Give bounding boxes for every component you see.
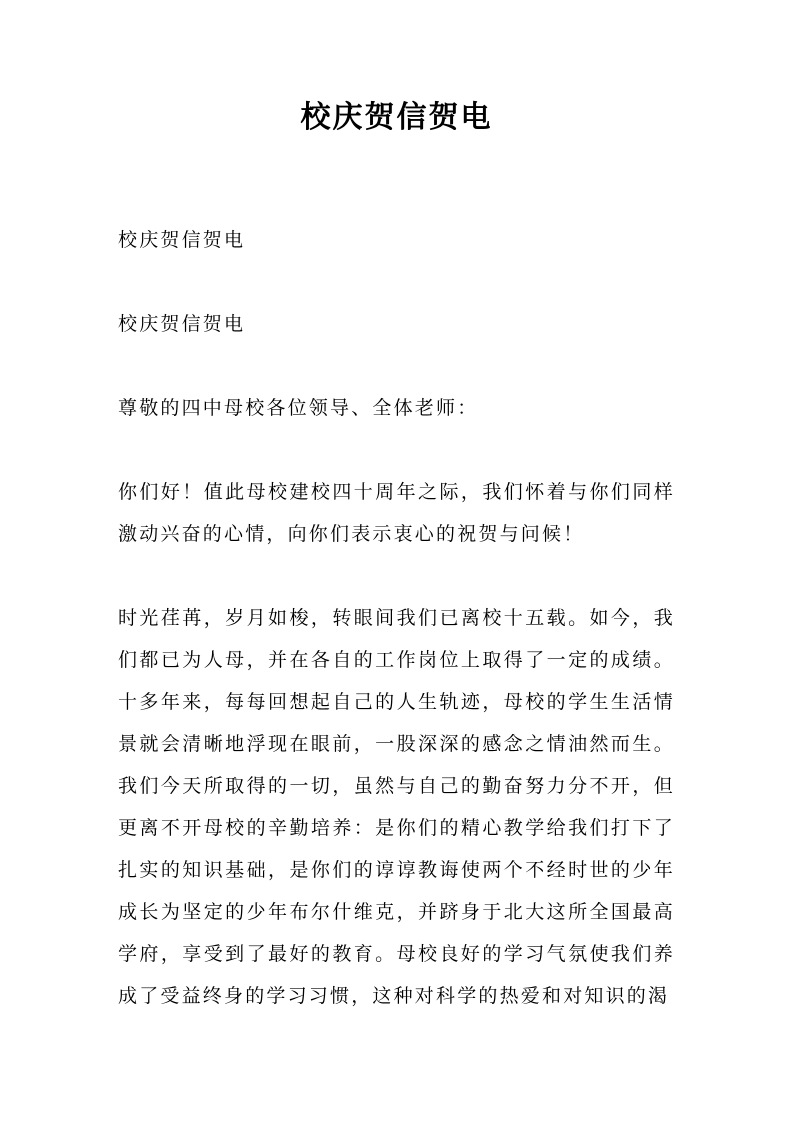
document-title: 校庆贺信贺电 <box>0 0 793 136</box>
document-body: 校庆贺信贺电 校庆贺信贺电 尊敬的四中母校各位领导、全体老师： 你们好！值此母校… <box>118 136 675 1018</box>
paragraph-heading-repeat-1: 校庆贺信贺电 <box>118 220 675 262</box>
paragraph-salutation: 尊敬的四中母校各位领导、全体老师： <box>118 388 675 430</box>
paragraph-body: 时光荏苒，岁月如梭，转眼间我们已离校十五载。如今，我们都已为人母，并在各自的工作… <box>118 598 675 1018</box>
document-page: 校庆贺信贺电 校庆贺信贺电 校庆贺信贺电 尊敬的四中母校各位领导、全体老师： 你… <box>0 0 793 1122</box>
paragraph-heading-repeat-2: 校庆贺信贺电 <box>118 304 675 346</box>
paragraph-greeting: 你们好！值此母校建校四十周年之际，我们怀着与你们同样激动兴奋的心情，向你们表示衷… <box>118 472 675 556</box>
